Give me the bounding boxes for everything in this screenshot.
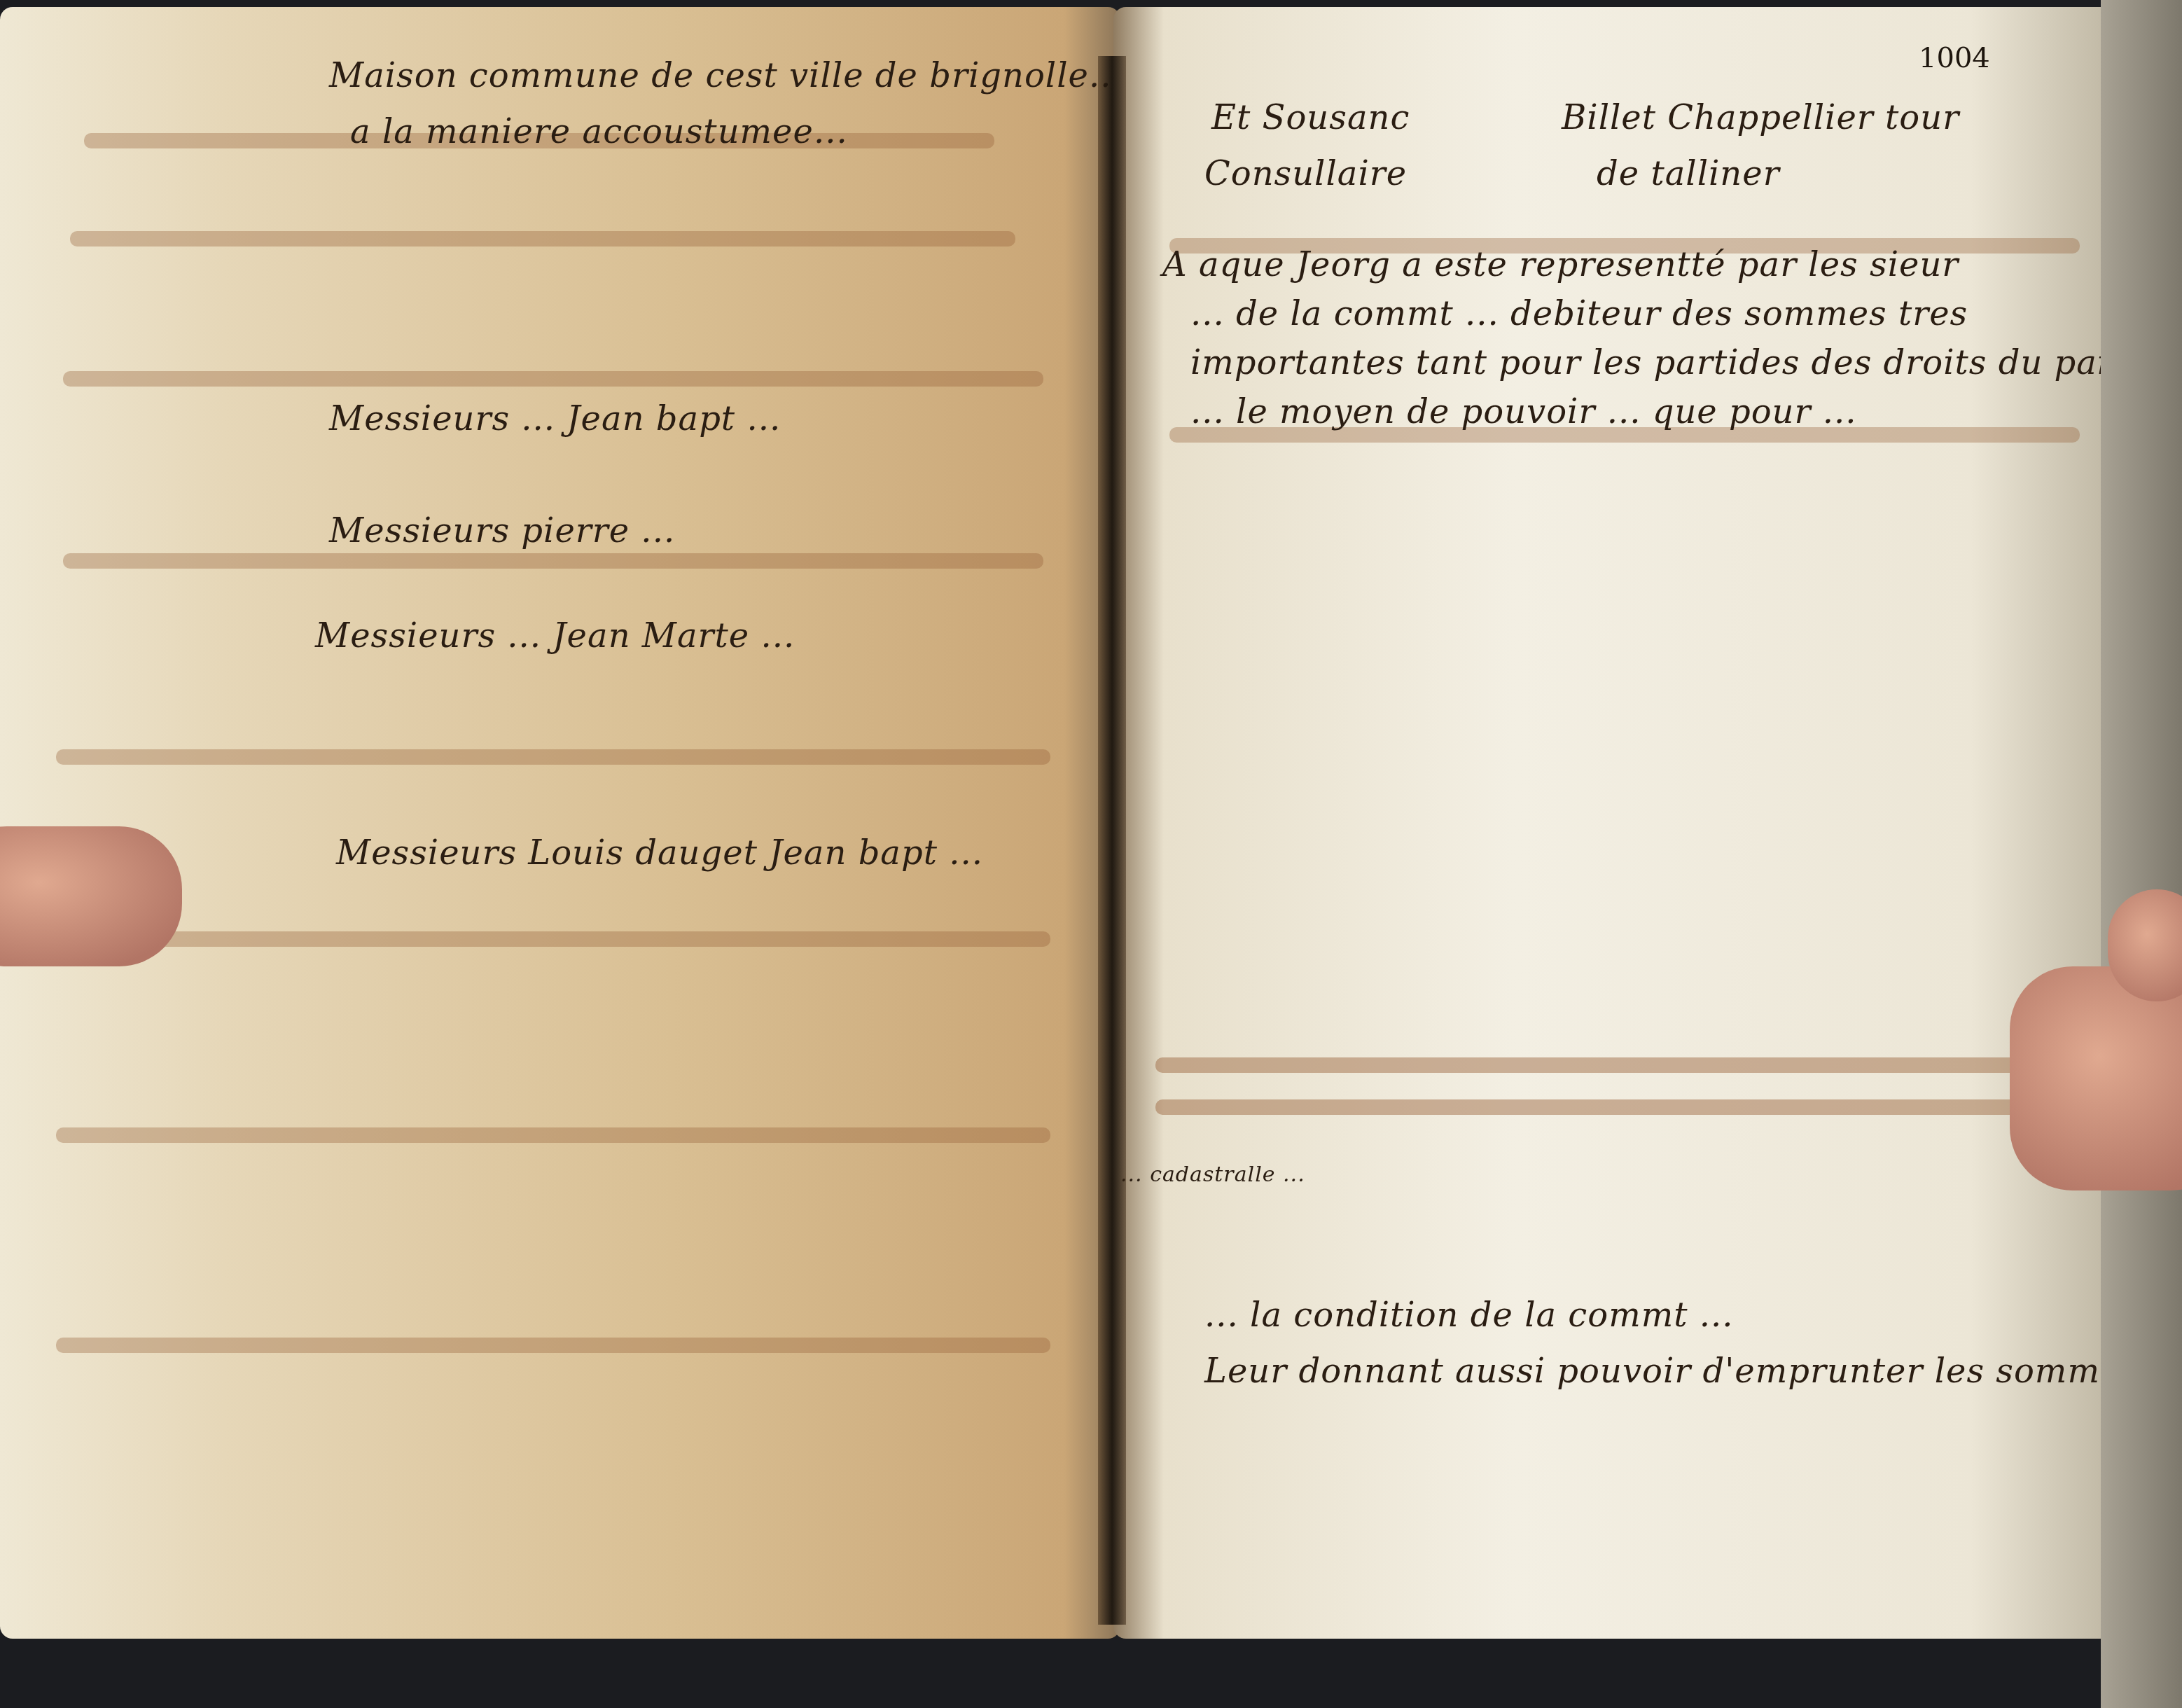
page-edges [2101, 0, 2182, 1708]
left-line: a la maniere accoustumee... [350, 112, 848, 151]
header-note: Et Sousanc [1211, 98, 1410, 137]
left-line: Messieurs ... Jean Marte ... [315, 616, 795, 655]
right-page: Et Sousanc Consullaire Billet Chappellie… [1113, 7, 2122, 1639]
book-gutter [1098, 56, 1126, 1625]
right-line: ... le moyen de pouvoir ... que pour ... [1190, 392, 1857, 431]
right-line: ... de la commt ... debiteur des sommes … [1190, 294, 1968, 333]
left-line: Maison commune de cest ville de brignoll… [329, 56, 1120, 95]
right-line: ... la condition de la commt ... [1204, 1296, 1734, 1335]
right-line: A aque Jeorg a este representté par les … [1162, 245, 1959, 284]
left-page: Maison commune de cest ville de brignoll… [0, 7, 1120, 1639]
left-line: Messieurs pierre ... [329, 511, 675, 550]
left-line: Messieurs ... Jean bapt ... [329, 399, 781, 438]
header-note: Consullaire [1204, 154, 1407, 193]
header-title: Billet Chappellier tour [1562, 98, 1959, 137]
manuscript-photo: Maison commune de cest ville de brignoll… [0, 0, 2182, 1708]
left-thumb [0, 826, 182, 966]
left-line: Messieurs Louis dauget Jean bapt ... [336, 833, 983, 873]
margin-note: ... cadastralle ... [1120, 1162, 1305, 1187]
page-number: 1004 [1919, 42, 1990, 74]
right-line: Leur donnant aussi pouvoir d'emprunter l… [1204, 1352, 2122, 1391]
header-title: de talliner [1597, 154, 1780, 193]
right-line: importantes tant pour les partides des d… [1190, 343, 2122, 382]
